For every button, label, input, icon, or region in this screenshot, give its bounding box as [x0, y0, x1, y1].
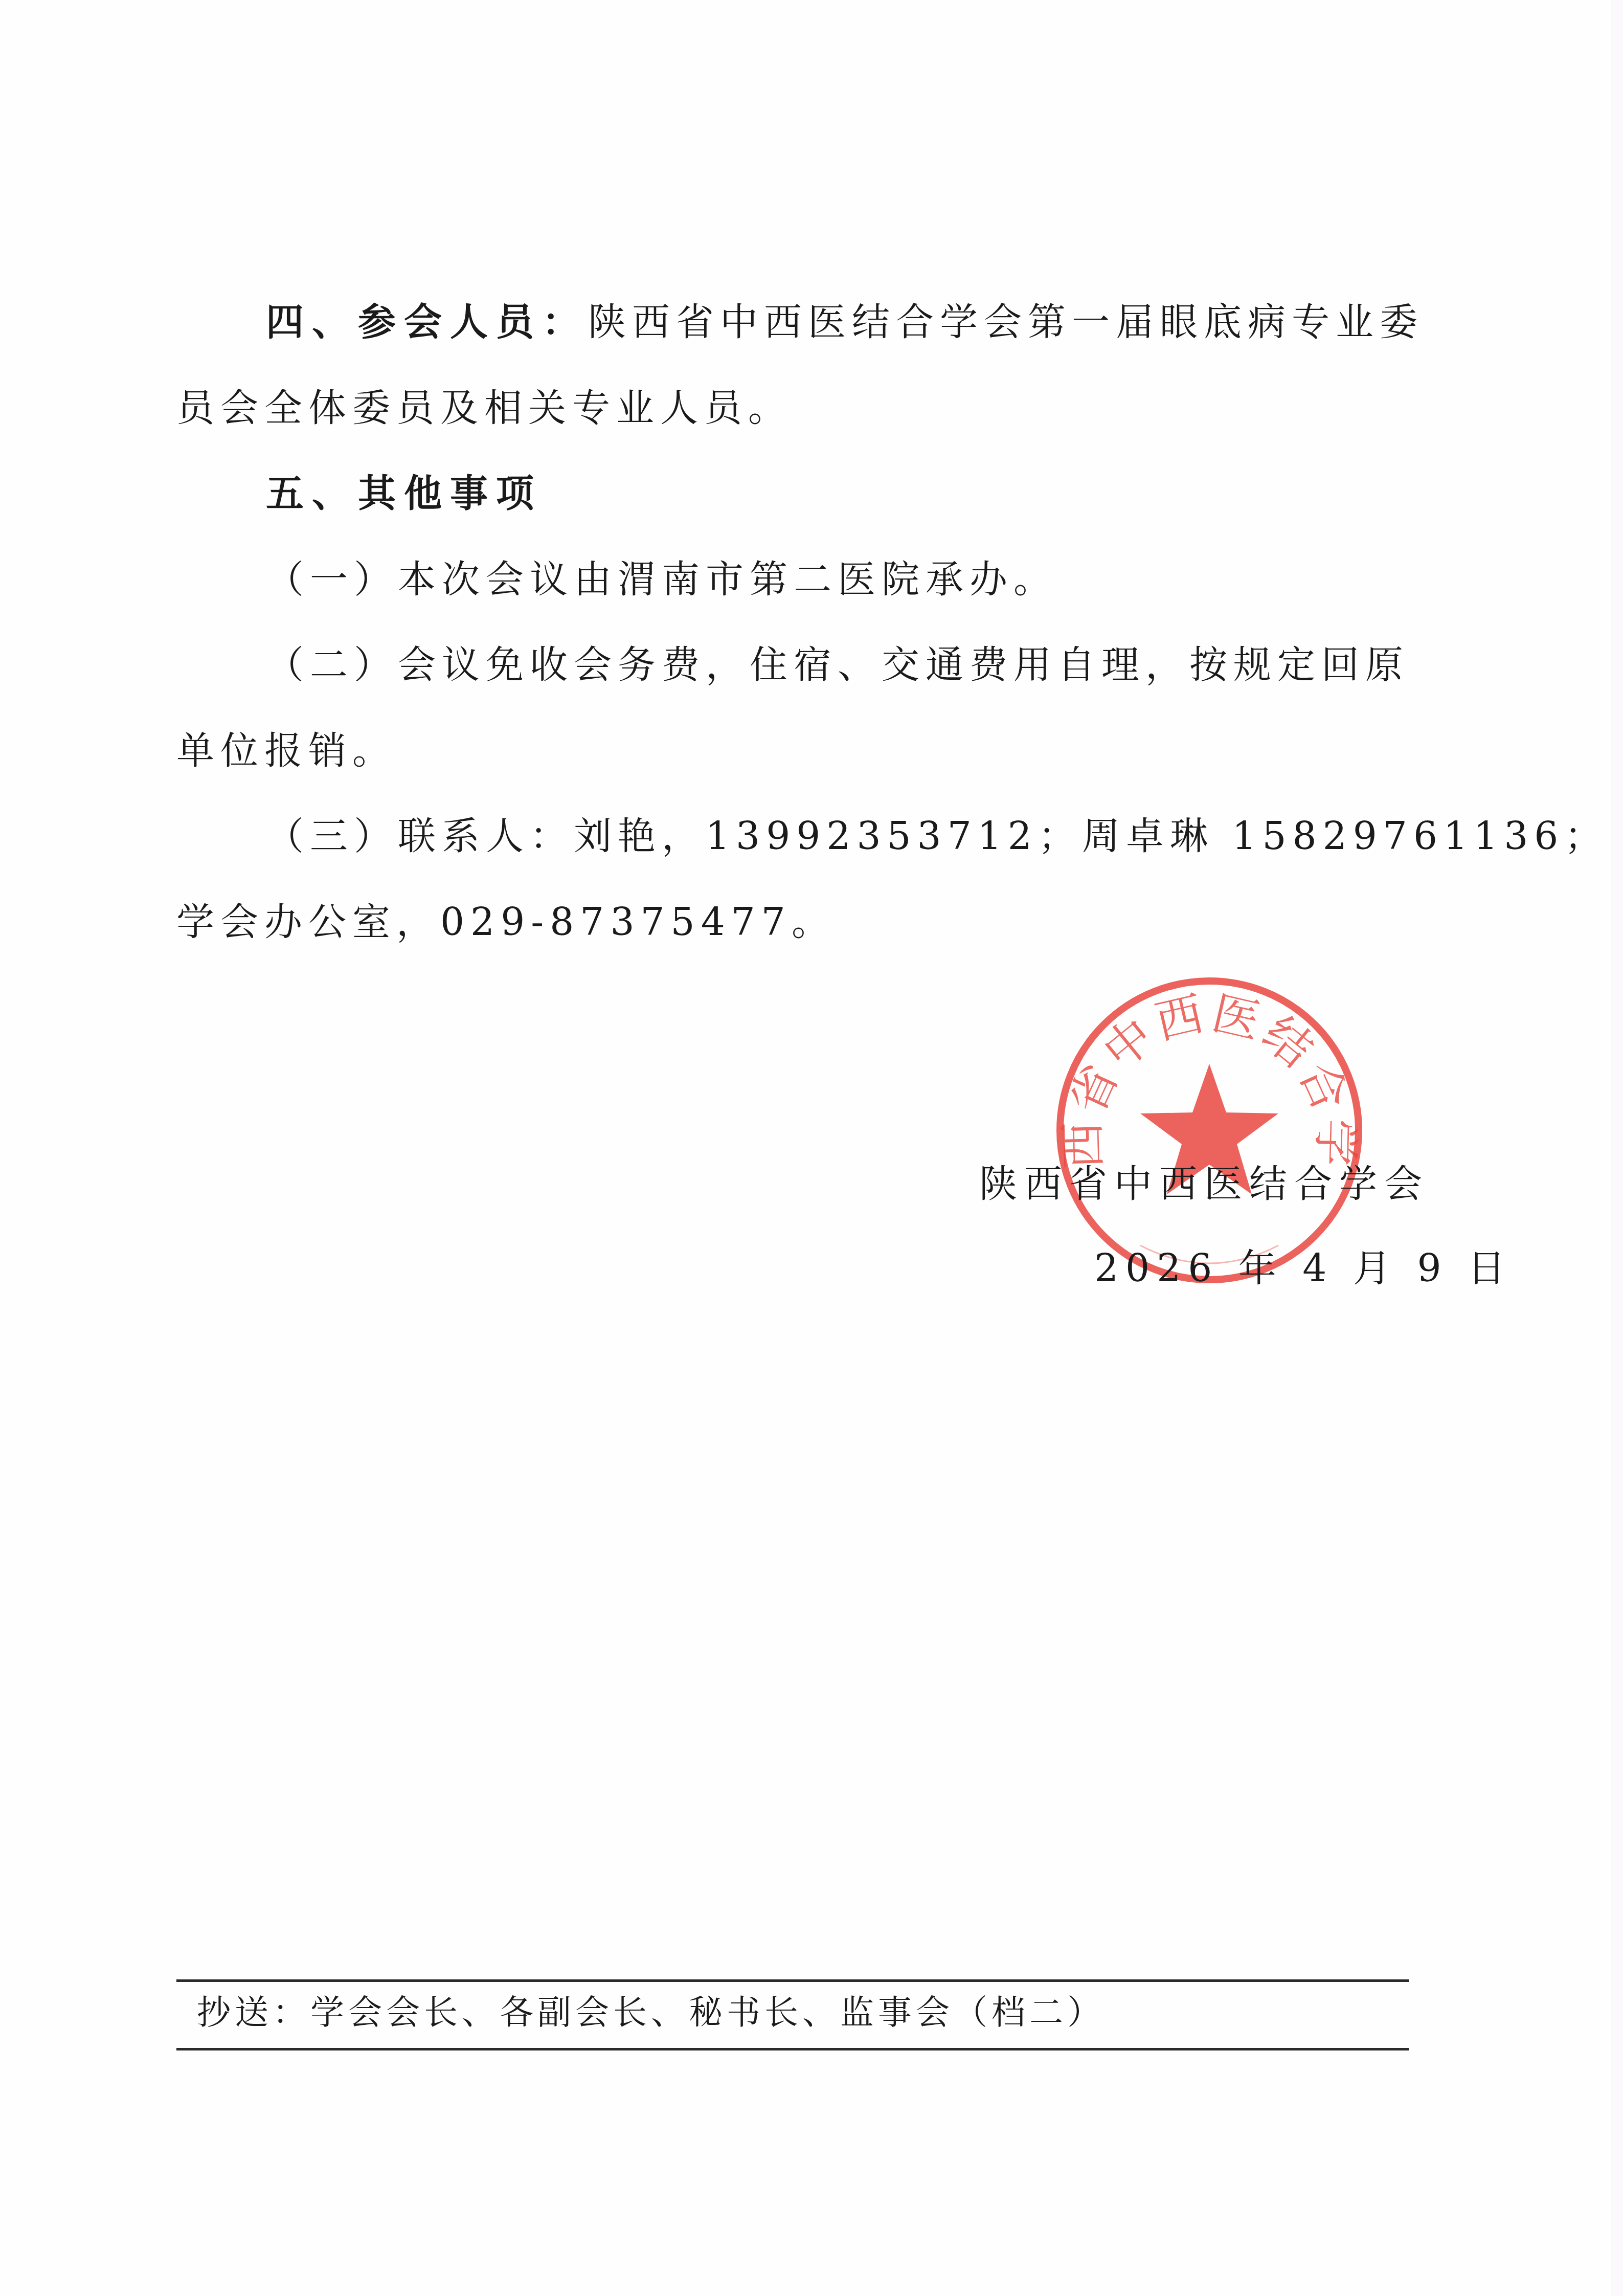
- section5-item3-line1: （三）联系人：刘艳，13992353712；周卓琳 15829761136；: [266, 811, 1409, 862]
- section4-text: 陕西省中西医结合学会第一届眼底病专业委: [588, 300, 1424, 344]
- footer-top-rule: [176, 1979, 1409, 1982]
- signature-organization: 陕西省中西医结合学会: [979, 1158, 1429, 1210]
- scan-edge: [1611, 0, 1623, 2296]
- official-seal-stamp: 陕西省中西医结合学会: [1053, 974, 1365, 1286]
- section5-item1: （一）本次会议由渭南市第二医院承办。: [266, 554, 1409, 605]
- section5-item2-line2: 单位报销。: [176, 725, 1409, 776]
- footer-bottom-rule: [176, 2048, 1409, 2050]
- section4-heading: 四、参会人员：: [266, 300, 588, 344]
- signature-date: 2026 年 4 月 9 日: [1094, 1243, 1513, 1294]
- section5-item2-line1: （二）会议免收会务费，住宿、交通费用自理，按规定回原: [266, 639, 1409, 690]
- footer-cc: 抄送：学会会长、各副会长、秘书长、监事会（档二）: [197, 1987, 1105, 2038]
- section5-item3-line2: 学会办公室，029-87375477。: [176, 897, 1409, 948]
- section5-heading: 五、其他事项: [266, 468, 1409, 519]
- section4-line1: 四、参会人员：陕西省中西医结合学会第一届眼底病专业委: [266, 297, 1409, 348]
- section4-line2: 员会全体委员及相关专业人员。: [176, 383, 1409, 434]
